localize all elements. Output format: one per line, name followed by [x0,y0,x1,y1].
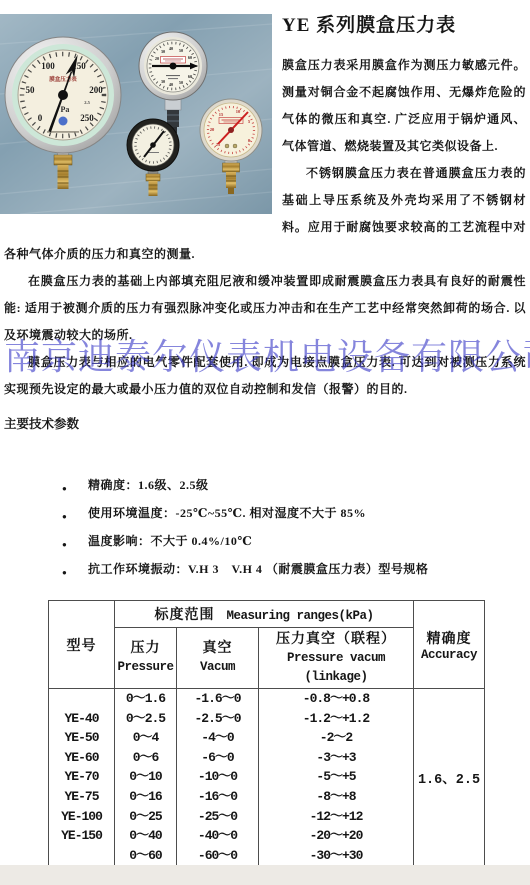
gauge-top-scale-30: 30 [161,49,165,54]
gauge-right-scale-15: 15 [219,112,224,117]
gauge-top-scale-50b: 50 [179,80,183,85]
th-range-group-zh: 标度范围 [154,608,214,623]
th-linkage: 压力真空（联程） Pressure vacum (linkage) [259,628,414,689]
spec-item-ambient-temperature: 使用环境温度：-25℃~55℃. 相对湿度不大于 85% [62,506,526,521]
spec-item-accuracy: 精确度：1.6级、2.5级 [62,478,526,493]
th-model: 型号 [49,601,115,689]
gauge-large-unit-label: Pa [61,105,70,114]
th-range-group: 标度范围 Measuring ranges(kPa) [115,601,414,628]
th-range-group-en: Measuring ranges(kPa) [226,609,373,623]
gauge-top-scale-40: 40 [169,46,173,51]
bottom-strip [0,865,530,885]
page-content: 0 50 100 150 200 250 膜盒压力表 Pa 2.5 [0,14,530,866]
gauge-large-scale-50: 50 [26,85,36,95]
th-pressure: 压力 Pressure [115,628,177,689]
electric-contact-paragraph: 膜盒压力表与相应的电气零件配套使用. 即成为电接点膜盒压力表. 可达到对被测压力… [4,349,526,403]
gauge-top-scale-20: 20 [155,56,159,61]
gauge-large-scale-0: 0 [38,113,43,123]
spec-item-vibration: 抗工作环境振动：V.H 3 V.H 4 （耐震膜盒压力表）型号规格 [62,562,526,577]
section-heading: 主要技术参数 [4,411,526,438]
shockproof-paragraph: 在膜盒压力表的基础上内部填充阻尼液和缓冲装置即成耐震膜盒压力表具有良好的耐震性能… [4,268,526,349]
th-pressure-en: Pressure [115,658,176,677]
gauge-top-brand-plate [161,57,186,64]
gauge-large-accuracy-mark: 2.5 [84,100,90,105]
accuracy-value: 1.6、2.5 [414,689,485,866]
col-model: YE-40YE-50YE-60YE-70YE-75YE-100YE-150 [49,689,115,866]
spec-item-temperature-effect: 温度影响：不大于 0.4%/10℃ [62,534,526,549]
th-pressure-zh: 压力 [115,639,176,658]
spec-list: 精确度：1.6级、2.5级 使用环境温度：-25℃~55℃. 相对湿度不大于 8… [62,478,526,577]
gauge-top-scale-60a: 60 [188,55,192,60]
spec-table: 型号 标度范围 Measuring ranges(kPa) 精确度 Accura… [48,600,485,866]
datasheet-page: 0 50 100 150 200 250 膜盒压力表 Pa 2.5 [0,0,530,885]
th-vacuum-zh: 真空 [177,639,258,658]
gauge-large-scale-200: 200 [89,85,103,95]
gauge-top-scale-30b: 30 [161,79,165,84]
gauge-large-dial-label: 膜盒压力表 [49,75,77,83]
th-vacuum: 真空 Vacum [177,628,259,689]
gauge-right-scale-10: 10 [236,109,241,114]
gauge-large-scale-100: 100 [41,61,55,71]
table-body-row: YE-40YE-50YE-60YE-70YE-75YE-100YE-150 0～… [49,689,485,866]
gauge-large-scale-250: 250 [80,113,94,123]
col-linkage: -0.8～+0.8-1.2～+1.2-2～2-3～+3-5～+5-8～+8-12… [259,689,414,866]
th-accuracy-zh: 精确度 [414,628,484,648]
gauge-top-scale-40b: 40 [169,82,173,87]
th-accuracy: 精确度 Accuracy [414,601,485,689]
col-pressure: 0～1.60～2.50～40～60～100～160～250～400～60 [115,689,177,866]
table-header-row-1: 型号 标度范围 Measuring ranges(kPa) 精确度 Accura… [49,601,485,628]
th-linkage-zh: 压力真空（联程） [259,630,413,649]
th-accuracy-en: Accuracy [414,648,484,662]
th-linkage-en2: (linkage) [259,668,413,687]
gauge-right-scale-20: 20 [210,127,215,132]
gauge-top-scale-50: 50 [179,48,183,53]
gauge-top-scale-60b: 60 [188,74,192,79]
product-photo: 0 50 100 150 200 250 膜盒压力表 Pa 2.5 [0,14,272,214]
th-model-label: 型号 [67,639,97,654]
gauge-large-logo [59,117,68,126]
gauge-large-footer-text [47,131,79,133]
col-vacuum: -1.6～0-2.5～0-4～0-6～0-10～0-16～0-25～0-40～0… [177,689,259,866]
th-linkage-en1: Pressure vacum [259,649,413,668]
pressure-gauges-image: 0 50 100 150 200 250 膜盒压力表 Pa 2.5 [0,14,272,214]
th-vacuum-en: Vacum [177,658,258,677]
